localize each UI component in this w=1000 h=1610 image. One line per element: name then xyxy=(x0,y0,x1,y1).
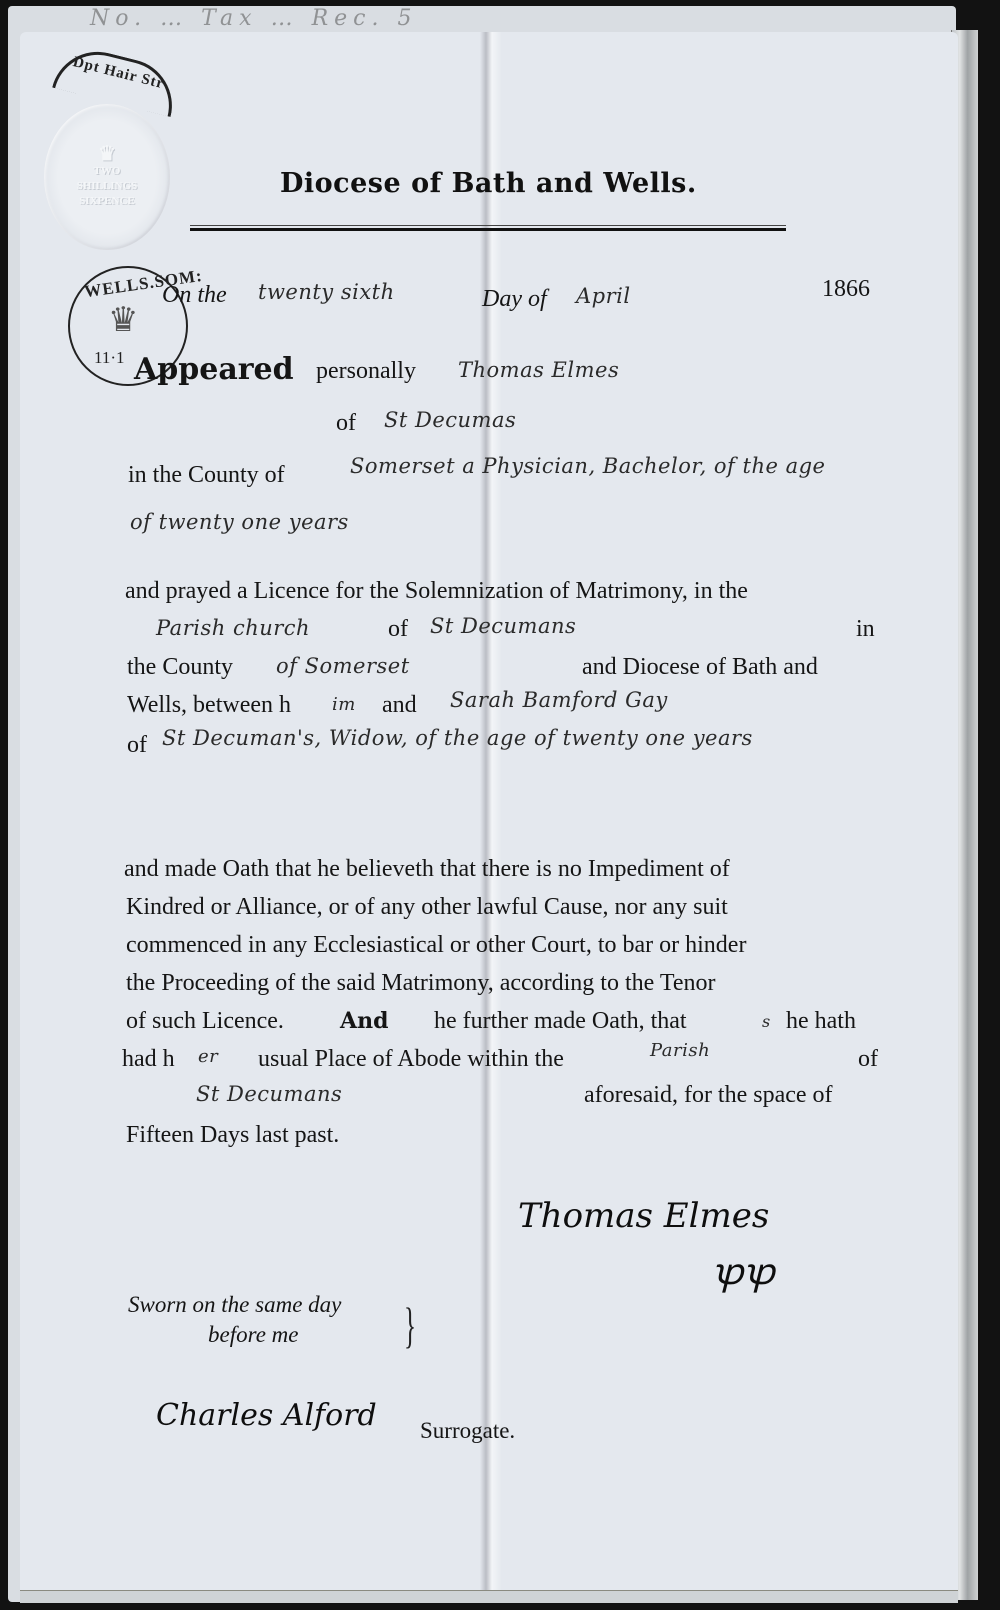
bride-details: St Decuman's, Widow, of the age of twent… xyxy=(162,726,753,750)
embossed-text-2: SHILLINGS xyxy=(44,179,170,194)
surrogate-title: Surrogate. xyxy=(420,1418,515,1444)
prayer-in: in xyxy=(856,616,875,643)
oath-line-8: Fifteen Days last past. xyxy=(126,1122,339,1149)
church-county: of Somerset xyxy=(276,654,410,678)
oath-line-5-tail: he hath xyxy=(786,1008,856,1035)
embossed-text-1: TWO xyxy=(44,164,170,179)
county-label-2: the County xyxy=(127,654,233,681)
sworn-line-1: Sworn on the same day xyxy=(128,1292,341,1318)
oath-line-7-end: aforesaid, for the space of xyxy=(584,1082,833,1109)
appeared-label: Appeared xyxy=(134,352,294,387)
brace-icon: } xyxy=(404,1296,416,1354)
back-page-handwriting: No. … Tax … Rec. 5 xyxy=(90,6,850,31)
wells-between: Wells, between h xyxy=(127,692,291,719)
and-label: and xyxy=(382,692,417,719)
crown-icon: ♛ xyxy=(108,300,138,340)
church-type: Parish church xyxy=(156,616,310,640)
prayer-line-1: and prayed a Licence for the Solemnizati… xyxy=(125,578,748,605)
applicant-name: Thomas Elmes xyxy=(458,358,619,382)
prayer-of: of xyxy=(388,616,408,643)
oath-line-5-end: he further made Oath, that xyxy=(434,1008,687,1035)
abode-place: St Decumans xyxy=(196,1082,342,1106)
she-mark: s xyxy=(762,1012,771,1031)
title-rule-thin xyxy=(190,225,786,226)
oath-line-1: and made Oath that he believeth that the… xyxy=(124,856,730,883)
personally-label: personally xyxy=(316,358,416,385)
church-parish: St Decumans xyxy=(430,614,576,638)
abode-type: Parish xyxy=(650,1040,710,1061)
and-blackletter: And xyxy=(340,1008,388,1034)
him-handwritten: im xyxy=(332,694,356,715)
of-label: of xyxy=(336,410,356,437)
oath-line-3: commenced in any Ecclesiastical or other… xyxy=(126,932,746,959)
oath-line-6-mid: usual Place of Abode within the xyxy=(258,1046,564,1073)
applicant-mark: ꝕꝕ xyxy=(712,1246,775,1295)
county-label: in the County of xyxy=(128,462,285,489)
her-handwritten: er xyxy=(198,1046,218,1067)
sworn-line-2: before me xyxy=(208,1322,298,1348)
date-day: twenty sixth xyxy=(258,280,395,304)
oath-line-5-start: of such Licence. xyxy=(126,1008,284,1035)
oath-line-6-of: of xyxy=(858,1046,878,1073)
applicant-parish: St Decumas xyxy=(384,408,516,432)
oath-line-4: the Proceeding of the said Matrimony, ac… xyxy=(126,970,716,997)
day-of-label: Day of xyxy=(482,286,547,313)
embossed-duty-stamp: ♛ TWO SHILLINGS SIXPENCE xyxy=(44,104,170,250)
crown-icon: ♛ xyxy=(44,144,170,164)
bride-name: Sarah Bamford Gay xyxy=(450,688,668,712)
document-page xyxy=(20,32,958,1596)
date-year: 1866 xyxy=(822,276,870,303)
of-label-2: of xyxy=(127,732,147,759)
diocese-text: and Diocese of Bath and xyxy=(582,654,818,681)
date-prefix: On the xyxy=(162,282,227,309)
applicant-county-details: Somerset a Physician, Bachelor, of the a… xyxy=(350,454,825,478)
oath-line-2: Kindred or Alliance, or of any other law… xyxy=(126,894,728,921)
title-rule xyxy=(190,228,786,231)
embossed-text-3: SIXPENCE xyxy=(44,194,170,209)
page-bottom-edge xyxy=(20,1590,958,1603)
surrogate-signature: Charles Alford xyxy=(156,1398,377,1433)
document-title: Diocese of Bath and Wells. xyxy=(280,168,697,199)
applicant-signature: Thomas Elmes xyxy=(518,1196,769,1236)
postmark-date: 11·1 xyxy=(94,348,125,368)
applicant-age: of twenty one years xyxy=(130,510,349,534)
oath-line-6-had: had h xyxy=(122,1046,175,1073)
date-month: April xyxy=(576,284,631,308)
